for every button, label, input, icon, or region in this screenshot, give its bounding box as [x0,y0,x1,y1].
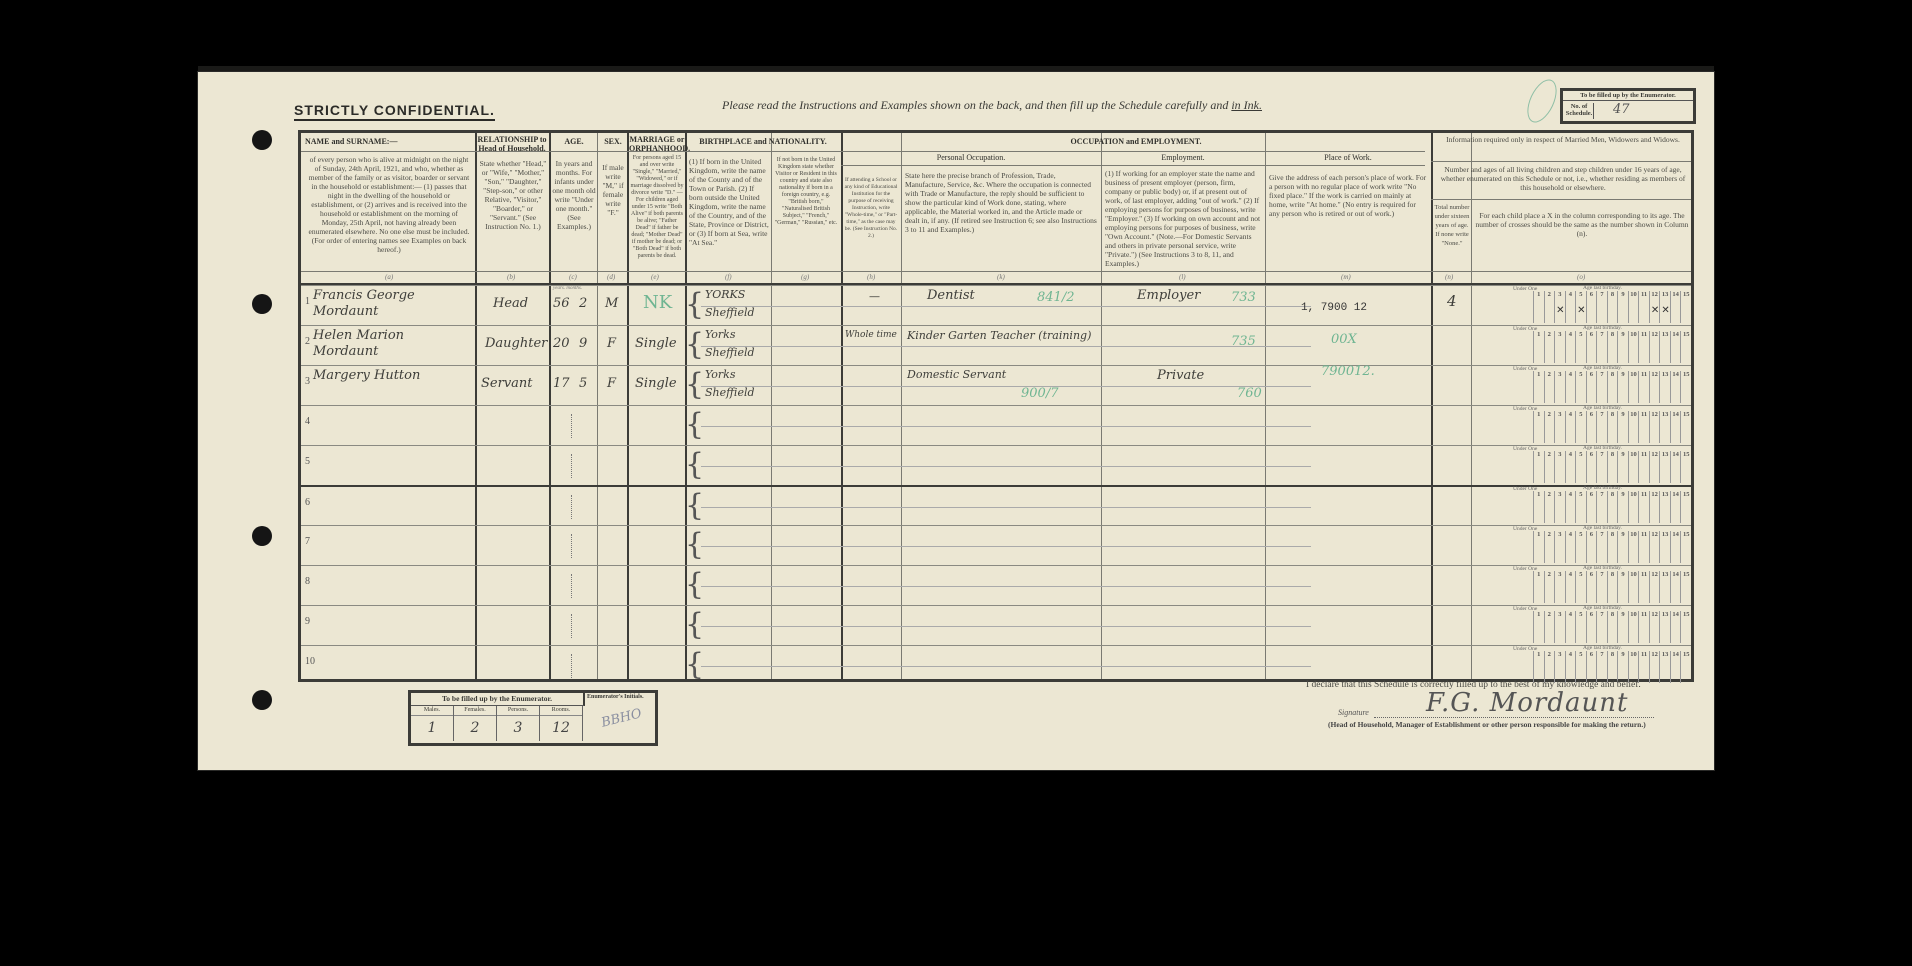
col-relationship-title: RELATIONSHIP to Head of Household. [477,135,547,153]
age-column: 2 [1544,371,1555,403]
age-column: 13 [1659,651,1670,683]
col-personal-occupation-title: Personal Occupation. [841,153,1101,162]
age-column: 8 [1607,411,1618,443]
col-birthplace-instructions: (1) If born in the United Kingdom, write… [689,157,769,247]
col-letter: (k) [997,273,1005,281]
green-pencil-mark [1521,75,1562,127]
age-column: 4 [1565,411,1576,443]
age-column: 4 [1565,571,1576,603]
summary-value: 12 [540,716,582,741]
row-number: 1 [305,296,310,307]
age-column: 15 [1680,411,1691,443]
col-letter: (o) [1577,273,1585,281]
age-column: 4 [1565,611,1576,643]
age-column: 1 [1533,491,1544,523]
age-column: 3 [1554,331,1565,363]
col-name-instructions: of every person who is alive at midnight… [307,155,471,254]
table-row: 3 Margery Hutton Servant 17 5 F Single {… [301,365,1691,406]
col-marriage-title: MARRIAGE or ORPHANHOOD. [629,135,685,153]
brace-icon: { [685,408,704,442]
col-marriage-instructions: For persons aged 15 and over write "Sing… [629,155,685,260]
punch-hole [252,294,272,314]
employment-code: 733 [1231,290,1256,305]
brace-icon: { [685,288,704,322]
age-column: 8 [1607,491,1618,523]
birthplace-county: YORKS [705,288,745,301]
col-age-title: AGE. [551,137,597,146]
age-column: 11 [1638,571,1649,603]
age-column: 13 [1659,371,1670,403]
signature-label: Signature [1338,708,1369,717]
row-number: 8 [305,576,310,587]
relationship: Head [493,296,528,311]
age-column: 8 [1607,371,1618,403]
col-children-ages-instructions: For each child place a X in the column c… [1475,211,1689,238]
instructions-line: Please read the Instructions and Example… [722,98,1262,113]
occupation: Kinder Garten Teacher (training) [907,328,1097,344]
age-column: 12 [1649,371,1660,403]
age-column: 1 [1533,331,1544,363]
instructions-ink: in Ink. [1231,98,1262,112]
age-column: 9 [1617,291,1628,323]
col-letter: (f) [725,273,732,281]
age-column: 9 [1617,531,1628,563]
col-birthplace-title: BIRTHPLACE and NATIONALITY. [687,137,839,146]
age-column: 7 [1596,611,1607,643]
brace-icon: { [685,328,704,362]
school-attendance: — [869,290,880,303]
age-column: 7 [1596,651,1607,683]
age-column: 15 [1680,331,1691,363]
marriage-status: Single [635,336,677,351]
sex: F [607,336,616,351]
age-column: 10 [1628,411,1639,443]
age-column: 11 [1638,491,1649,523]
birthplace-town: Sheffield [705,346,755,359]
row-number: 7 [305,536,310,547]
age-column: 10 [1628,371,1639,403]
age-column: 12 [1649,651,1660,683]
age-column: 12 [1649,611,1660,643]
age-column: 1 [1533,411,1544,443]
col-employment-title: Employment. [1101,153,1265,162]
summary-value: 2 [454,716,496,741]
age-column: 6 [1586,331,1597,363]
age-column: 1 [1533,531,1544,563]
schedule-box-heading: To be filled up by the Enumerator. [1563,91,1693,101]
summary-label: Rooms. [540,706,582,716]
summary-rooms: Rooms.12 [540,706,583,741]
age-column: 9 [1617,411,1628,443]
enumerator-summary-box: To be filled up by the Enumerator. Males… [408,690,658,746]
age-column: 1 [1533,451,1544,483]
age-column: 7 [1596,411,1607,443]
col-letter: (e) [651,273,659,281]
age-column: 2 [1544,331,1555,363]
age-column: 11 [1638,451,1649,483]
age-column: 2 [1544,531,1555,563]
age-column: 10 [1628,651,1639,683]
age-column: 7 [1596,331,1607,363]
col-place-of-work-title: Place of Work. [1265,153,1431,162]
age-column: 13 [1659,571,1670,603]
age-column: 2 [1544,651,1555,683]
children-age-grid: Under OneAge last birthday.1234567891011… [1513,365,1691,405]
row-number: 4 [305,416,310,427]
age-column: 1 [1533,611,1544,643]
age-column: 14 [1670,411,1681,443]
age-column: 3 [1554,491,1565,523]
age-column: 2 [1544,611,1555,643]
employment-code: 760 [1237,386,1262,401]
sex: M [605,296,618,311]
age-column: 15 [1680,651,1691,683]
punch-hole [252,130,272,150]
age-column: 14 [1670,291,1681,323]
place-of-work: 1, 7900 12 [1301,302,1367,314]
age-column: 12 [1649,491,1660,523]
age-column: 6 [1586,411,1597,443]
age-column: 4 [1565,531,1576,563]
age-column: 10 [1628,291,1639,323]
occupation: Dentist [927,288,975,303]
age-column: 13 [1659,531,1670,563]
col-sex-title: SEX. [599,137,627,146]
col-relationship-instructions: State whether "Head," or "Wife," "Mother… [479,159,547,231]
summary-heading: To be filled up by the Enumerator. [411,693,585,706]
relationship: Daughter [485,336,547,351]
age-column: 15 [1680,571,1691,603]
age-column: 4 [1565,451,1576,483]
age-column: 3 [1554,371,1565,403]
marriage-status: NK [643,292,672,313]
age-column: 5 [1575,651,1586,683]
col-place-instructions: Give the address of each person's place … [1269,173,1427,218]
brace-icon: { [685,489,704,523]
children-age-grid: Under OneAge last birthday.1234567891011… [1513,285,1691,325]
age-years: 20 [553,336,570,351]
summary-value: 3 [497,716,539,741]
age-column: 10 [1628,491,1639,523]
age-column: 10 [1628,611,1639,643]
col-children-instructions: Number and ages of all living children a… [1435,165,1691,192]
summary-label: Males. [411,706,453,716]
summary-value: 1 [411,716,453,741]
summary-label: Females. [454,706,496,716]
col-occupation-instructions: State here the precise branch of Profess… [905,171,1097,234]
age-column: 2 [1544,491,1555,523]
table-row: 2 Helen Marion Mordaunt Daughter 20 9 F … [301,325,1691,366]
schedule-number-box: To be filled up by the Enumerator. No. o… [1560,88,1696,124]
col-letter: (h) [867,273,875,281]
table-row: 6{ [301,485,1691,527]
row-number: 9 [305,616,310,627]
relationship: Servant [481,376,533,391]
age-column: 8 [1607,331,1618,363]
brace-icon: { [685,528,704,562]
age-column: 5 [1575,531,1586,563]
signature-note: (Head of Household, Manager of Establish… [1328,720,1646,729]
age-column: 9 [1617,331,1628,363]
school-attendance: Whole time [845,330,897,340]
age-column: 2 [1544,451,1555,483]
age-column: 15 [1680,531,1691,563]
age-column: 3 [1554,651,1565,683]
age-column: 15 [1680,451,1691,483]
age-column: 7 [1596,451,1607,483]
age-column: 15 [1680,371,1691,403]
col-letter: (c) [569,273,577,281]
age-column: 6 [1586,491,1597,523]
children-age-grid: Under OneAge last birthday.1234567891011… [1513,405,1691,445]
age-column: 11 [1638,611,1649,643]
employment-code: 735 [1231,334,1256,349]
row-number: 2 [305,336,310,347]
person-name: Margery Hutton [313,368,420,383]
punch-hole [252,526,272,546]
row-number: 10 [305,656,315,667]
age-column: 15 [1680,491,1691,523]
children-age-grid: Under OneAge last birthday.1234567891011… [1513,605,1691,645]
age-column: 3 [1554,531,1565,563]
age-column: 5 [1575,611,1586,643]
age-column: 9 [1617,651,1628,683]
age-months: 2 [579,296,587,311]
children-age-grid: Under OneAge last birthday.1234567891011… [1513,445,1691,485]
row-number: 5 [305,456,310,467]
col-letter: (a) [385,273,393,281]
age-column: 3 [1554,611,1565,643]
age-column: 6 [1586,611,1597,643]
col-letter: (n) [1445,273,1453,281]
age-column: 4 [1565,291,1576,323]
age-column: 3 [1554,451,1565,483]
birthplace-county: Yorks [705,328,736,341]
age-column: 14 [1670,491,1681,523]
table-row: 9{ [301,605,1691,646]
summary-females: Females.2 [454,706,497,741]
age-years: 56 [553,296,570,311]
age-column: 13 [1659,411,1670,443]
age-column: 9 [1617,611,1628,643]
age-column: 6 [1586,291,1597,323]
col-children-total-instructions: Total number under sixteen years of age.… [1433,203,1471,248]
household-table: NAME and SURNAME:— of every person who i… [298,130,1694,682]
employment: Private [1157,368,1204,383]
age-column: 4 [1565,491,1576,523]
col-sex-instructions: If male write "M," if female write "F." [599,163,627,217]
occupation: Domestic Servant [907,368,1006,381]
col-letter: (l) [1179,273,1186,281]
col-letter: (m) [1341,273,1351,281]
sex: F [607,376,616,391]
place-of-work: 790012. [1321,364,1375,379]
document-title: STRICTLY CONFIDENTIAL. [294,102,495,121]
brace-icon: { [685,608,704,642]
age-column: 4 [1565,331,1576,363]
table-row: 1 Francis George Mordaunt Head 56 2 M NK… [301,285,1691,326]
age-column: 5 [1575,571,1586,603]
age-column: 6 [1586,651,1597,683]
age-column: 13 [1659,611,1670,643]
occupation-code: 841/2 [1037,290,1074,305]
age-column: 12 [1649,411,1660,443]
age-column: 9 [1617,571,1628,603]
birthplace-town: Sheffield [705,306,755,319]
age-column: 15 [1680,611,1691,643]
age-column: 6 [1586,571,1597,603]
age-column: 2 [1544,291,1555,323]
age-column: 5 [1575,491,1586,523]
col-nationality-instructions: If not born in the United Kingdom state … [773,157,839,227]
summary-persons: Persons.3 [497,706,540,741]
marriage-status: Single [635,376,677,391]
child-cross-mark: ✕ [1556,305,1564,316]
age-column: 8 [1607,611,1618,643]
age-column: 7 [1596,291,1607,323]
person-name: Francis George Mordaunt [313,288,463,320]
age-column: 10 [1628,451,1639,483]
age-column: 8 [1607,451,1618,483]
age-column: 7 [1596,531,1607,563]
col-letter: (g) [801,273,809,281]
initials-label: Enumerator's Initials. [587,694,644,700]
signature: F.G. Mordaunt [1426,688,1628,718]
age-column: 8 [1607,651,1618,683]
age-column: 13 [1659,491,1670,523]
row-number: 6 [305,497,310,508]
age-column: 2 [1544,571,1555,603]
brace-icon: { [685,648,704,682]
col-school-instructions: If attending a School or any kind of Edu… [843,177,899,240]
age-months: 9 [579,336,587,351]
age-column: 5 [1575,451,1586,483]
age-column: 14 [1670,651,1681,683]
age-months: 5 [579,376,587,391]
age-column: 10 [1628,571,1639,603]
age-column: 11 [1638,651,1649,683]
row-number: 3 [305,376,310,387]
age-column: 9 [1617,451,1628,483]
age-column: 10 [1628,331,1639,363]
children-age-grid: Under OneAge last birthday.1234567891011… [1513,485,1691,525]
age-column: 5 [1575,371,1586,403]
age-column: 11 [1638,371,1649,403]
age-column: 11 [1638,331,1649,363]
age-column: 12 [1649,531,1660,563]
col-name-title: NAME and SURNAME:— [305,137,465,146]
age-column: 11 [1638,411,1649,443]
age-column: 8 [1607,291,1618,323]
age-column: 3 [1554,571,1565,603]
age-column: 9 [1617,491,1628,523]
age-column: 6 [1586,451,1597,483]
age-column: 14 [1670,611,1681,643]
age-column: 13 [1659,331,1670,363]
child-cross-mark: ✕ [1651,305,1659,316]
age-column: 14 [1670,371,1681,403]
table-row: 4{ [301,405,1691,446]
col-employment-instructions: (1) If working for an employer state the… [1105,169,1263,268]
age-column: 7 [1596,491,1607,523]
age-column: 6 [1586,371,1597,403]
birthplace-county: Yorks [705,368,736,381]
age-column: 8 [1607,571,1618,603]
age-column: 4 [1565,651,1576,683]
census-schedule-page: STRICTLY CONFIDENTIAL. Please read the I… [198,72,1714,770]
age-column: 9 [1617,371,1628,403]
age-column: 7 [1596,571,1607,603]
birthplace-town: Sheffield [705,386,755,399]
enumerator-initials: BBHO [600,706,644,730]
employment: Employer [1137,288,1200,303]
place-of-work: 00X [1331,332,1357,347]
table-row: 5{ [301,445,1691,486]
punch-hole [252,690,272,710]
age-column: 10 [1628,531,1639,563]
age-column: 14 [1670,571,1681,603]
col-occupation-title: OCCUPATION and EMPLOYMENT. [841,137,1431,146]
col-letter: (b) [507,273,515,281]
age-column: 8 [1607,531,1618,563]
table-row: 7{ [301,525,1691,566]
table-row: 8{ [301,565,1691,606]
age-column: 2 [1544,411,1555,443]
age-column: 11 [1638,291,1649,323]
col-letter: (d) [607,273,615,281]
occupation-code: 900/7 [1021,386,1058,401]
person-name: Helen Marion Mordaunt [313,328,463,360]
age-column: 12 [1649,571,1660,603]
age-column: 12 [1649,331,1660,363]
age-column: 11 [1638,531,1649,563]
brace-icon: { [685,448,704,482]
age-column: 12 [1649,451,1660,483]
age-column: 15 [1680,291,1691,323]
age-column: 1 [1533,371,1544,403]
schedule-number: 47 [1613,102,1630,117]
age-column: 1 [1533,291,1544,323]
age-column: 14 [1670,451,1681,483]
summary-males: Males.1 [411,706,454,741]
instructions-text: Please read the Instructions and Example… [722,98,1231,112]
brace-icon: { [685,368,704,402]
brace-icon: { [685,568,704,602]
age-column: 4 [1565,371,1576,403]
age-column: 13 [1659,451,1670,483]
age-column: 14 [1670,531,1681,563]
children-age-grid: Under OneAge last birthday.1234567891011… [1513,325,1691,365]
age-column: 1 [1533,651,1544,683]
age-column: 7 [1596,371,1607,403]
summary-label: Persons. [497,706,539,716]
age-column: 5 [1575,411,1586,443]
child-cross-mark: ✕ [1577,305,1585,316]
age-column: 5 [1575,331,1586,363]
age-years: 17 [553,376,570,391]
children-total: 4 [1447,292,1457,310]
children-age-grid: Under OneAge last birthday.1234567891011… [1513,565,1691,605]
schedule-box-label: No. of Schedule. [1565,103,1594,119]
children-age-grid: Under OneAge last birthday.1234567891011… [1513,645,1691,685]
age-column: 1 [1533,571,1544,603]
col-age-instructions: In years and months. For infants under o… [551,159,597,231]
children-age-grid: Under OneAge last birthday.1234567891011… [1513,525,1691,565]
col-children-title: Information required only in respect of … [1433,135,1693,144]
age-column: 6 [1586,531,1597,563]
age-column: 14 [1670,331,1681,363]
child-cross-mark: ✕ [1661,305,1669,316]
